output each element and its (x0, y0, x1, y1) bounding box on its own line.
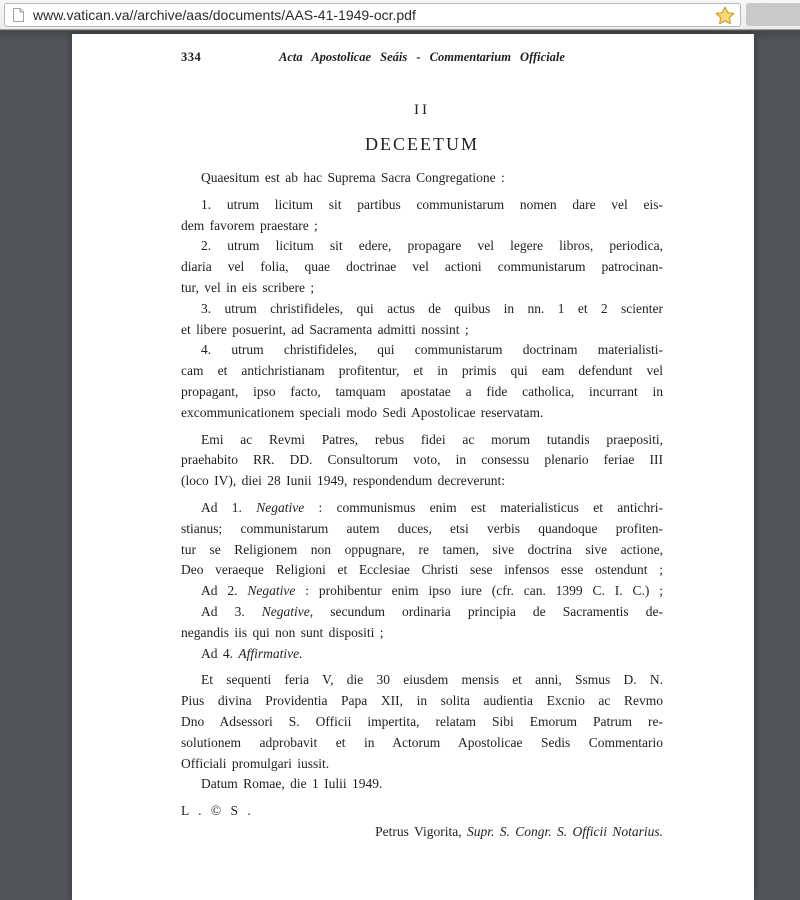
document-body: Quaesitum est ab hac Suprema Sacra Congr… (181, 168, 663, 843)
text-line: Officiali promulgari iussit. (181, 754, 663, 775)
italic-text: Negative (247, 583, 295, 598)
page-document-icon (12, 7, 25, 23)
text-line: 4. utrum christifideles, qui communistar… (181, 340, 663, 361)
browser-button[interactable] (746, 3, 800, 26)
paragraph: L . © S . (181, 801, 663, 822)
address-bar[interactable]: www.vatican.va//archive/aas/documents/AA… (4, 3, 741, 27)
text-line: Emi ac Revmi Patres, rebus fidei ac moru… (181, 430, 663, 451)
text: Datum Romae, die 1 Iulii 1949. (201, 776, 382, 791)
text-line: Ad 4. Affirmative. (181, 644, 663, 665)
text-line: negandis iis qui non sunt dispositi ; (181, 623, 663, 644)
italic-text: Negative (256, 500, 304, 515)
text: : prohibentur enim ipso iure (cfr. can. … (295, 583, 663, 598)
text: excommunicationem speciali modo Sedi Apo… (181, 405, 543, 420)
text: Quaesitum est ab hac Suprema Sacra Congr… (201, 170, 505, 185)
text: 2. utrum licitum sit edere, propagare ve… (201, 238, 663, 253)
text-line: stianus; communistarum autem duces, etsi… (181, 519, 663, 540)
paragraph: Ad 1. Negative : communismus enim est ma… (181, 498, 663, 581)
paragraph: 2. utrum licitum sit edere, propagare ve… (181, 236, 663, 298)
text-line: Petrus Vigorita, Supr. S. Congr. S. Offi… (181, 822, 663, 843)
text: stianus; communistarum autem duces, etsi… (181, 521, 663, 536)
paragraph: Datum Romae, die 1 Iulii 1949. (181, 774, 663, 795)
running-head: 334 Acta Apostolicae Seáis - Commentariu… (181, 49, 663, 65)
text: 1. utrum licitum sit partibus communista… (201, 197, 663, 212)
text: solutionem adprobavit et in Actorum Apos… (181, 735, 663, 750)
text-line: tur, vel in eis scribere ; (181, 278, 663, 299)
text-line: Datum Romae, die 1 Iulii 1949. (181, 774, 663, 795)
text: Deo veraeque Religioni et Ecclesiae Chri… (181, 562, 663, 577)
text-line: tur se Religionem non oppugnare, re tame… (181, 540, 663, 561)
text: 3. utrum christifideles, qui actus de qu… (201, 301, 663, 316)
paragraph: 3. utrum christifideles, qui actus de qu… (181, 299, 663, 341)
text-line: 3. utrum christifideles, qui actus de qu… (181, 299, 663, 320)
text: Dno Adsessori S. Officii impertita, rela… (181, 714, 663, 729)
paragraph: 1. utrum licitum sit partibus communista… (181, 195, 663, 237)
text-line: Et sequenti feria V, die 30 eiusdem mens… (181, 670, 663, 691)
section-number: II (181, 102, 663, 118)
text: tur, vel in eis scribere ; (181, 280, 314, 295)
text: tur se Religionem non oppugnare, re tame… (181, 542, 663, 557)
text: et libere posuerint, ad Sacramenta admit… (181, 322, 469, 337)
text-line: cam et antichristianam profitentur, et i… (181, 361, 663, 382)
text-line: Dno Adsessori S. Officii impertita, rela… (181, 712, 663, 733)
paragraph: Et sequenti feria V, die 30 eiusdem mens… (181, 670, 663, 774)
text: Petrus Vigorita, (375, 824, 467, 839)
text-line: Pius divina Providentia Papa XII, in sol… (181, 691, 663, 712)
text-line: 2. utrum licitum sit edere, propagare ve… (181, 236, 663, 257)
text: secundum ordinaria principia de Sacramen… (313, 604, 663, 619)
text: Ad 2. (201, 583, 247, 598)
text: diaria vel folia, quae doctrinae vel act… (181, 259, 663, 274)
text: propagant, ipso facto, tamquam apostatae… (181, 384, 663, 399)
url-text[interactable]: www.vatican.va//archive/aas/documents/AA… (33, 7, 715, 23)
text: Pius divina Providentia Papa XII, in sol… (181, 693, 663, 708)
text: negandis iis qui non sunt dispositi ; (181, 625, 384, 640)
text-line: praehabito RR. DD. Consultorum voto, in … (181, 450, 663, 471)
text: L . © S . (181, 803, 253, 818)
browser-toolbar: www.vatican.va//archive/aas/documents/AA… (0, 0, 800, 30)
italic-text: Negative, (262, 604, 313, 619)
text-line: dem favorem praestare ; (181, 216, 663, 237)
pdf-page: 334 Acta Apostolicae Seáis - Commentariu… (72, 34, 754, 900)
text: Emi ac Revmi Patres, rebus fidei ac moru… (201, 432, 663, 447)
italic-text: Supr. S. Congr. S. Officii Notarius. (467, 824, 663, 839)
text-line: Ad 2. Negative : prohibentur enim ipso i… (181, 581, 663, 602)
text-line: Quaesitum est ab hac Suprema Sacra Congr… (181, 168, 663, 189)
text-line: solutionem adprobavit et in Actorum Apos… (181, 733, 663, 754)
text: Et sequenti feria V, die 30 eiusdem mens… (201, 672, 663, 687)
document-title: DECEETUM (181, 134, 663, 154)
paragraph: Ad 4. Affirmative. (181, 644, 663, 665)
italic-text: Affirmative. (238, 646, 302, 661)
text: Ad 1. (201, 500, 256, 515)
text-line: L . © S . (181, 801, 663, 822)
text-line: Ad 1. Negative : communismus enim est ma… (181, 498, 663, 519)
text-line: Ad 3. Negative, secundum ordinaria princ… (181, 602, 663, 623)
text: dem favorem praestare ; (181, 218, 318, 233)
text: Officiali promulgari iussit. (181, 756, 329, 771)
paragraph: Petrus Vigorita, Supr. S. Congr. S. Offi… (181, 822, 663, 843)
text-line: 1. utrum licitum sit partibus communista… (181, 195, 663, 216)
pdf-viewer[interactable]: 334 Acta Apostolicae Seáis - Commentariu… (0, 31, 800, 900)
text: cam et antichristianam profitentur, et i… (181, 363, 663, 378)
text-line: Deo veraeque Religioni et Ecclesiae Chri… (181, 560, 663, 581)
text-line: excommunicationem speciali modo Sedi Apo… (181, 403, 663, 424)
text-line: et libere posuerint, ad Sacramenta admit… (181, 320, 663, 341)
text: praehabito RR. DD. Consultorum voto, in … (181, 452, 663, 467)
text: : communismus enim est materialisticus e… (304, 500, 663, 515)
page-number: 334 (181, 49, 201, 65)
paragraph: Ad 3. Negative, secundum ordinaria princ… (181, 602, 663, 644)
paragraph: Quaesitum est ab hac Suprema Sacra Congr… (181, 168, 663, 189)
text: Ad 3. (201, 604, 262, 619)
paragraph: 4. utrum christifideles, qui communistar… (181, 340, 663, 423)
running-title: Acta Apostolicae Seáis - Commentarium Of… (181, 49, 663, 65)
bookmark-star-icon[interactable] (715, 6, 735, 25)
text-line: (loco IV), diei 28 Iunii 1949, responden… (181, 471, 663, 492)
text-line: diaria vel folia, quae doctrinae vel act… (181, 257, 663, 278)
text-line: propagant, ipso facto, tamquam apostatae… (181, 382, 663, 403)
text: Ad 4. (201, 646, 238, 661)
text: (loco IV), diei 28 Iunii 1949, responden… (181, 473, 505, 488)
paragraph: Ad 2. Negative : prohibentur enim ipso i… (181, 581, 663, 602)
text: 4. utrum christifideles, qui communistar… (201, 342, 663, 357)
paragraph: Emi ac Revmi Patres, rebus fidei ac moru… (181, 430, 663, 492)
